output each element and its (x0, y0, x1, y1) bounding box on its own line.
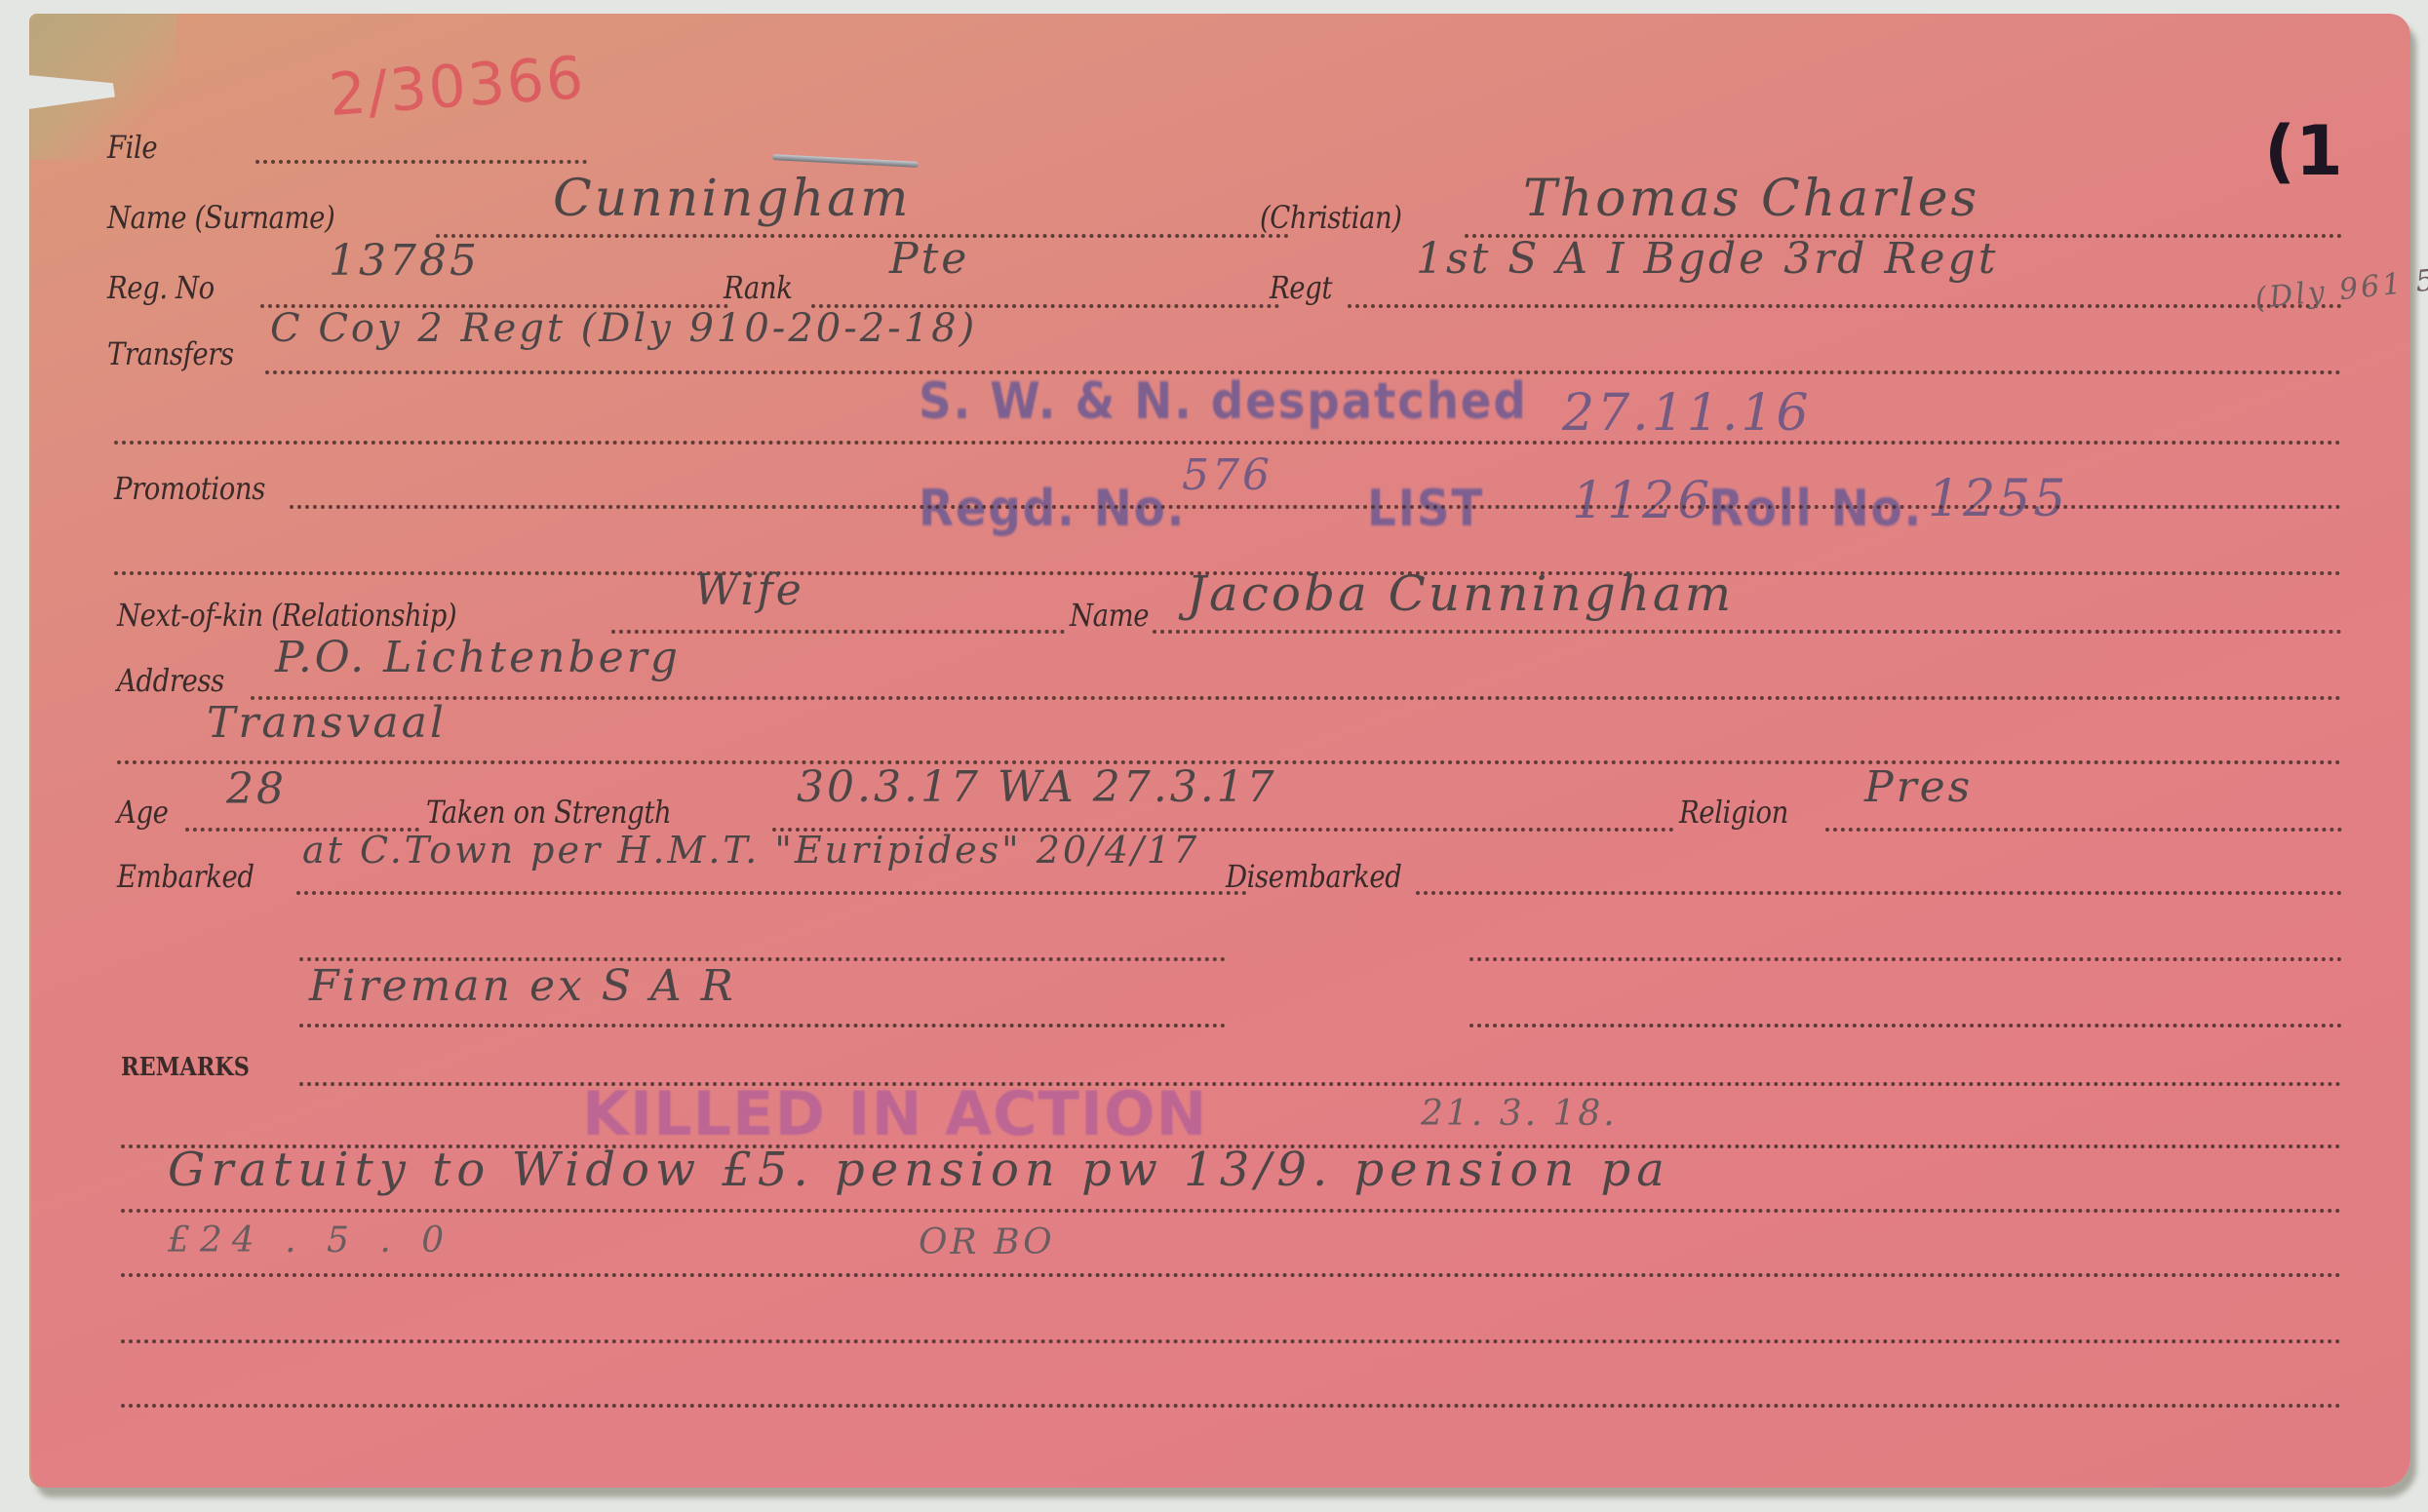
remarks-label: REMARKS (121, 1053, 250, 1082)
despatch-regd-no: 576 (1182, 450, 1273, 500)
remarks-line1: Gratuity to Widow £5. pension pw 13/9. p… (168, 1143, 1670, 1197)
despatch-stamp-line1: S. W. & N. despatched (919, 372, 1528, 431)
despatch-stamp-roll-label: Roll No. (1708, 480, 1923, 538)
surname-label: Name (Surname) (107, 199, 334, 236)
age-label: Age (117, 794, 168, 831)
remarks-dotted-line-5 (121, 1339, 2342, 1343)
despatch-list-no: 1126 (1572, 472, 1712, 530)
kin-name-dotted-line (1153, 630, 2342, 634)
embarked-extra-line-2 (299, 1024, 1226, 1027)
disembarked-dotted-line (1416, 891, 2342, 895)
address-dotted-line (251, 696, 2342, 700)
reg-no-label: Reg. No (107, 269, 215, 306)
disembarked-extra-line-1 (1469, 957, 2342, 961)
rank-value: Pte (889, 234, 969, 284)
regt-note: (Dly 961 5.9.17) (2253, 252, 2428, 317)
next-of-kin-label: Next-of-kin (Relationship) (117, 597, 456, 634)
christian-value: Thomas Charles (1523, 170, 1979, 228)
despatch-roll-no: 1255 (1928, 470, 2068, 528)
taken-on-strength-label: Taken on Strength (426, 794, 671, 831)
corner-mark: (1 (2264, 111, 2343, 191)
disembarked-label: Disembarked (1226, 858, 1401, 895)
regt-dotted-line (1348, 304, 2342, 308)
service-record-card: File 2/30366 (1 Name (Surname) Cunningha… (31, 14, 2410, 1488)
remarks-dotted-line-4 (121, 1273, 2342, 1277)
remarks-line2-note: OR BO (919, 1222, 1055, 1262)
remarks-line2-amount: £24 . 5 . 0 (168, 1221, 453, 1260)
rank-label: Rank (724, 269, 792, 306)
reg-no-value: 13785 (329, 236, 480, 286)
remarks-date: 21. 3. 18. (1421, 1094, 1618, 1134)
address-line1: P.O. Lichtenberg (275, 633, 681, 682)
taken-on-strength-value: 30.3.17 WA 27.3.17 (797, 762, 1277, 812)
kin-name-value: Jacoba Cunningham (1187, 565, 1734, 622)
transfers-dotted-line-2 (114, 441, 2342, 445)
regt-label: Regt (1270, 269, 1332, 306)
file-number: 2/30366 (327, 44, 588, 130)
embarked-label: Embarked (117, 858, 255, 895)
regt-value: 1st S A I Bgde 3rd Regt (1416, 234, 1998, 284)
killed-in-action-stamp: KILLED IN ACTION (582, 1078, 1208, 1149)
age-value: 28 (226, 764, 287, 814)
surname-value: Cunningham (553, 170, 911, 228)
remarks-dotted-line-3 (121, 1209, 2342, 1213)
christian-label: (Christian) (1260, 199, 1402, 236)
transfers-label: Transfers (107, 335, 234, 372)
remarks-dotted-line-6 (121, 1404, 2342, 1408)
despatch-date: 27.11.16 (1562, 384, 1812, 443)
file-dotted-line (255, 160, 587, 164)
religion-dotted-line (1825, 828, 2342, 832)
kin-name-label: Name (1070, 597, 1149, 634)
transfers-value: C Coy 2 Regt (Dly 910-20-2-18) (270, 306, 977, 351)
staple (772, 154, 919, 168)
religion-value: Pres (1864, 762, 1973, 812)
despatch-stamp-regd-label: Regd. No. (919, 480, 1186, 538)
religion-label: Religion (1679, 794, 1788, 831)
embarked-dotted-line (296, 891, 1247, 895)
file-label: File (107, 129, 157, 166)
occupation-note: Fireman ex S A R (309, 961, 736, 1011)
promotions-label: Promotions (114, 470, 265, 507)
disembarked-extra-line-2 (1469, 1024, 2342, 1027)
address-line2: Transvaal (207, 698, 447, 748)
surname-dotted-line (436, 234, 1289, 238)
address-label: Address (117, 662, 224, 699)
torn-corner (23, 62, 115, 109)
relationship-value: Wife (694, 565, 804, 615)
promotions-dotted-line (290, 505, 2342, 509)
embarked-value: at C.Town per H.M.T. "Euripides" 20/4/17 (302, 829, 1199, 872)
despatch-stamp-list-label: LIST (1367, 480, 1484, 538)
